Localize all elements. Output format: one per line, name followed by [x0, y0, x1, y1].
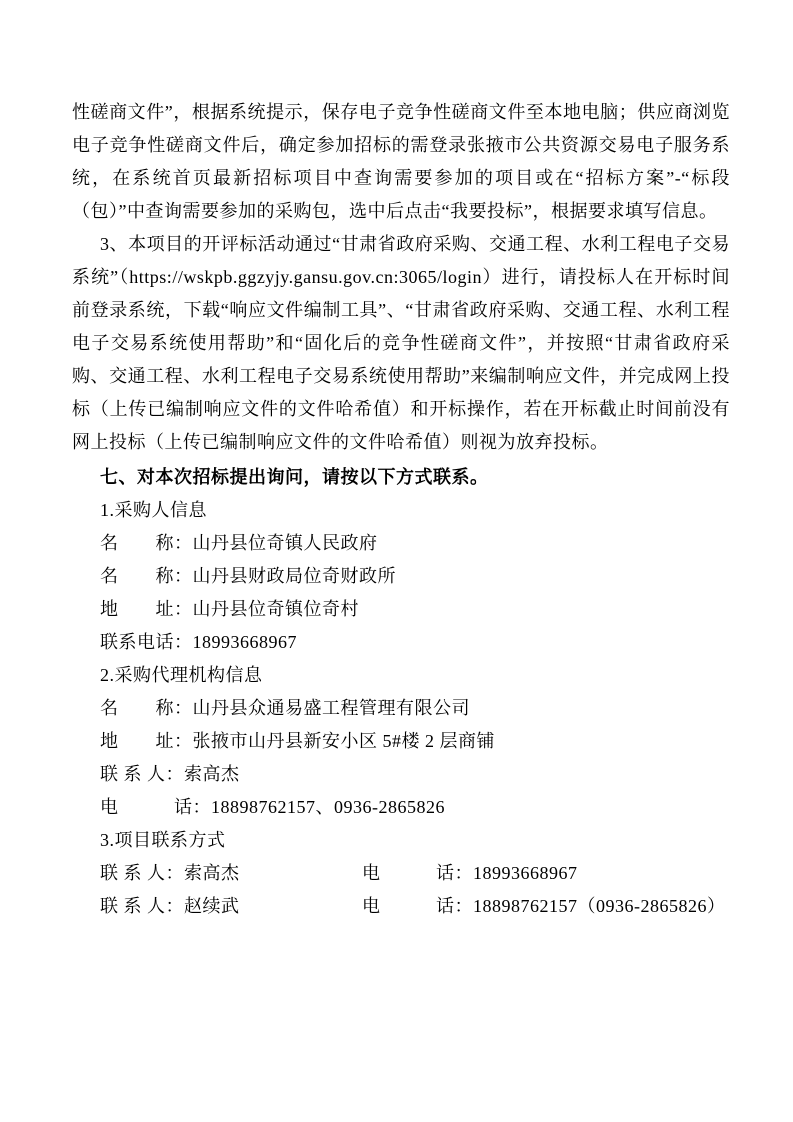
contact-value: 18993668967 — [193, 632, 298, 652]
project-contact-title: 3.项目联系方式 — [72, 824, 730, 857]
contact-person-name: 赵续武 — [184, 896, 240, 916]
contact-row: 名 称：山丹县财政局位奇财政所 — [72, 560, 730, 593]
project-contact-block: 3.项目联系方式 联 系 人：索高杰电 话：18993668967 联 系 人：… — [72, 824, 730, 923]
contact-label: 名 称： — [100, 698, 193, 718]
contact-row: 地 址：张掖市山丹县新安小区 5#楼 2 层商铺 — [72, 725, 730, 758]
purchaser-info-block: 1.采购人信息 名 称：山丹县位奇镇人民政府 名 称：山丹县财政局位奇财政所 地… — [72, 494, 730, 659]
document-page: 性磋商文件”，根据系统提示，保存电子竞争性磋商文件至本地电脑；供应商浏览电子竞争… — [0, 0, 793, 1122]
contact-value: 山丹县财政局位奇财政所 — [193, 566, 397, 586]
contact-row: 联 系 人：索高杰 — [72, 758, 730, 791]
contact-row: 名 称：山丹县位奇镇人民政府 — [72, 527, 730, 560]
contact-label: 地 址： — [100, 599, 193, 619]
phone-label: 电 话： — [362, 896, 473, 916]
contact-row: 地 址：山丹县位奇镇位奇村 — [72, 593, 730, 626]
project-contact-row: 联 系 人：索高杰电 话：18993668967 — [72, 857, 730, 890]
agency-info-block: 2.采购代理机构信息 名 称：山丹县众通易盛工程管理有限公司 地 址：张掖市山丹… — [72, 659, 730, 824]
contact-row: 电 话：18898762157、0936-2865826 — [72, 791, 730, 824]
contact-person-label: 联 系 人： — [100, 863, 184, 883]
contact-value: 18898762157、0936-2865826 — [211, 797, 445, 817]
contact-value: 山丹县众通易盛工程管理有限公司 — [193, 698, 471, 718]
body-paragraph-item-3: 3、本项目的开评标活动通过“甘肃省政府采购、交通工程、水利工程电子交易系统”（h… — [72, 228, 730, 459]
contact-label: 电 话： — [100, 797, 211, 817]
contact-person-label: 联 系 人： — [100, 896, 184, 916]
contact-label: 联 系 人： — [100, 764, 184, 784]
contact-value: 山丹县位奇镇位奇村 — [193, 599, 360, 619]
contact-value: 山丹县位奇镇人民政府 — [193, 533, 378, 553]
purchaser-info-title: 1.采购人信息 — [72, 494, 730, 527]
agency-info-title: 2.采购代理机构信息 — [72, 659, 730, 692]
contact-person-name: 索高杰 — [184, 863, 240, 883]
section-heading-seven: 七、对本次招标提出询问，请按以下方式联系。 — [72, 461, 730, 494]
phone-value: 18993668967 — [473, 863, 578, 883]
contact-value: 张掖市山丹县新安小区 5#楼 2 层商铺 — [193, 731, 496, 751]
contact-label: 联系电话： — [100, 632, 193, 652]
contact-label: 名 称： — [100, 566, 193, 586]
project-contact-row: 联 系 人：赵续武电 话：18898762157（0936-2865826） — [72, 890, 730, 923]
body-paragraph-continuation: 性磋商文件”，根据系统提示，保存电子竞争性磋商文件至本地电脑；供应商浏览电子竞争… — [72, 96, 730, 228]
phone-label: 电 话： — [362, 863, 473, 883]
contact-label: 地 址： — [100, 731, 193, 751]
contact-value: 索高杰 — [184, 764, 240, 784]
contact-row: 名 称：山丹县众通易盛工程管理有限公司 — [72, 692, 730, 725]
phone-value: 18898762157（0936-2865826） — [473, 896, 726, 916]
contact-label: 名 称： — [100, 533, 193, 553]
contact-row: 联系电话：18993668967 — [72, 626, 730, 659]
